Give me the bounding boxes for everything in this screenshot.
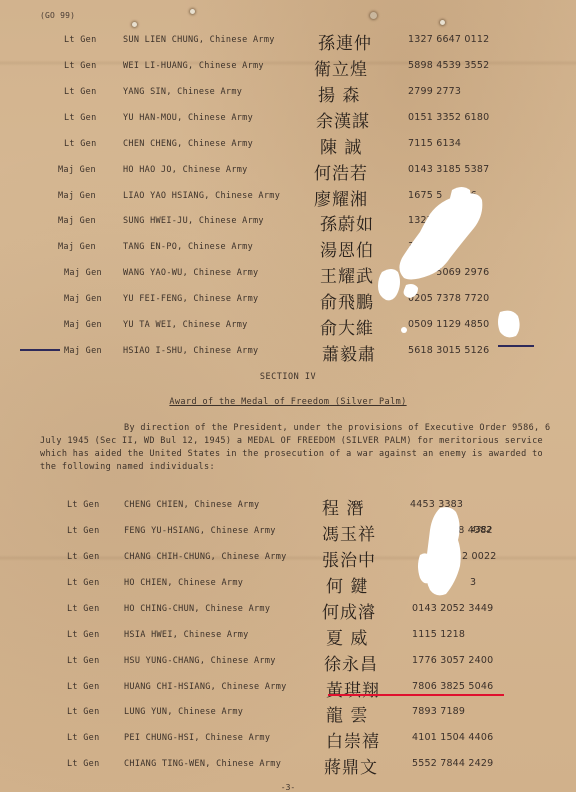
paper-damage-holes [0,0,576,792]
handwritten-code-annotation: 4382 [471,525,491,534]
document-page: (GO 99) Lt Gen SUN LIEN CHUNG, Chinese A… [0,0,576,792]
